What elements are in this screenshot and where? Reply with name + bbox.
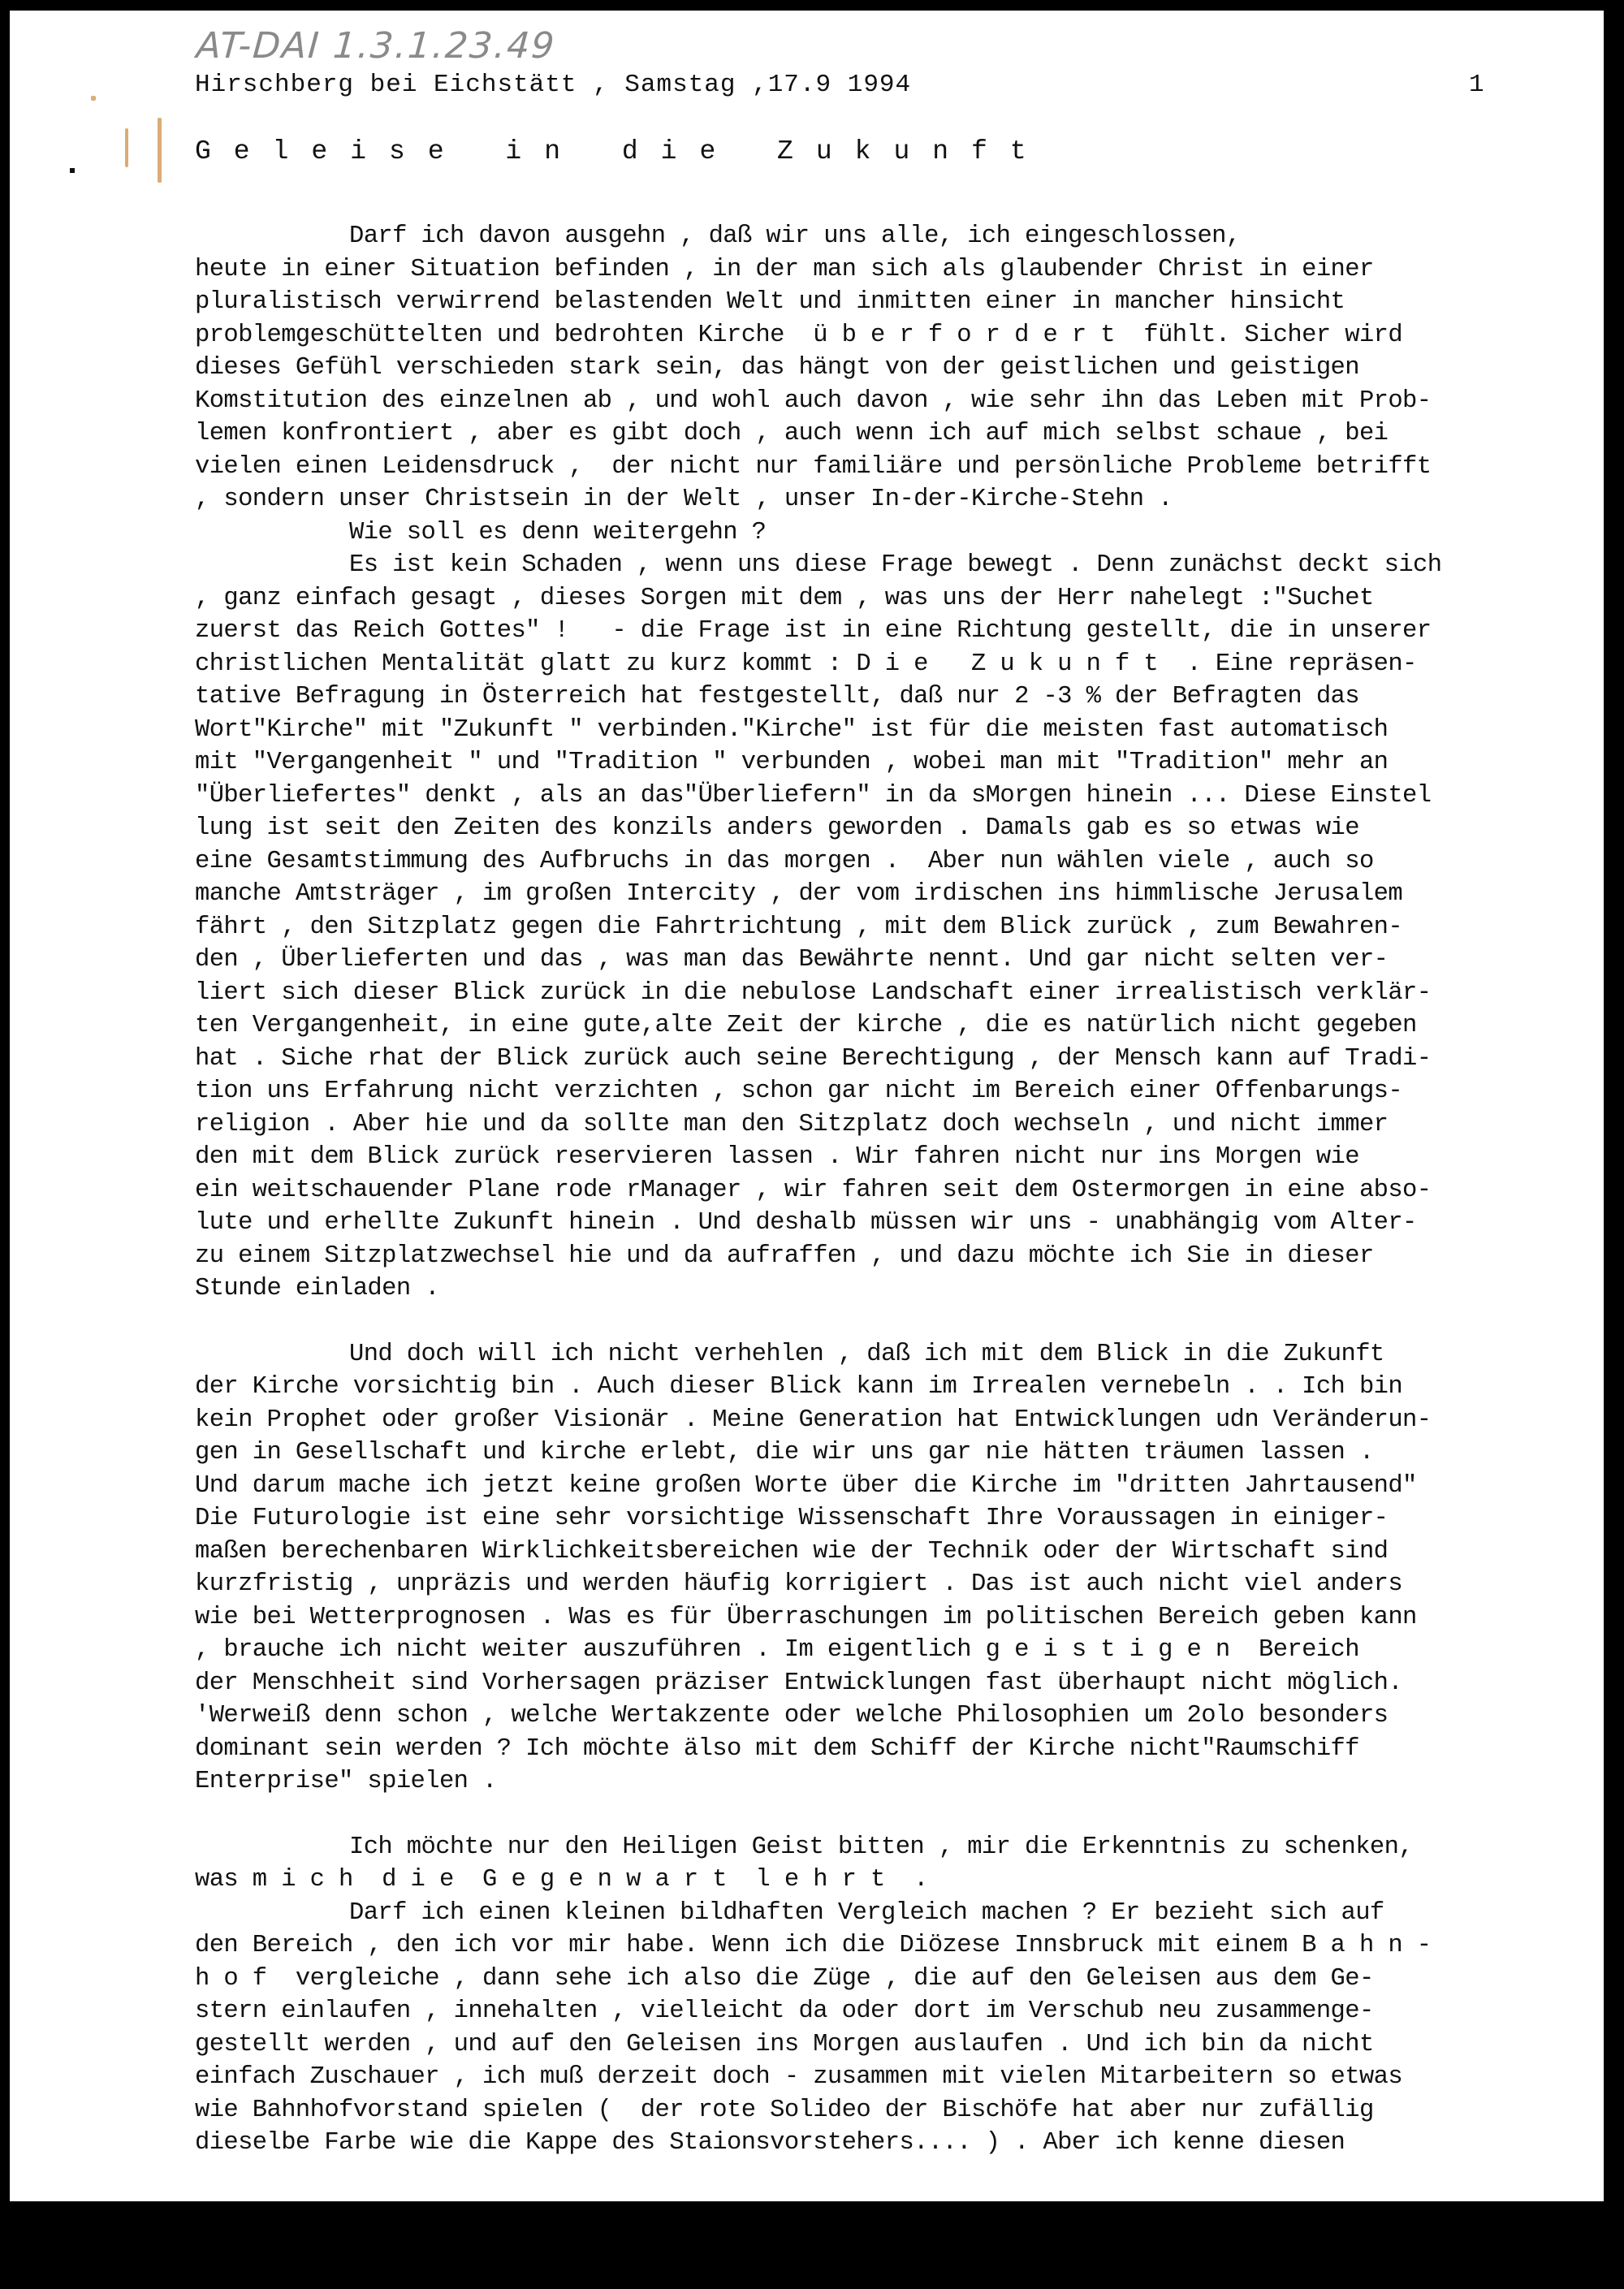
text-line: dieses Gefühl verschieden stark sein, da… — [195, 352, 1592, 385]
archive-signature: AT-DAI 1.3.1.23.49 — [195, 25, 557, 67]
text-line: hat . Siche rhat der Blick zurück auch s… — [195, 1043, 1592, 1076]
text-line: lemen konfrontiert , aber es gibt doch ,… — [195, 417, 1592, 451]
text-line: problemgeschüttelten und bedrohten Kirch… — [195, 319, 1592, 352]
text-line: h o f vergleiche , dann sehe ich also di… — [195, 1963, 1592, 1996]
document-page: AT-DAI 1.3.1.23.49 Hirschberg bei Eichst… — [10, 11, 1604, 2201]
document-body: Darf ich davon ausgehn , daß wir uns all… — [195, 220, 1592, 2160]
document-title: Geleise in die Zukunft — [195, 136, 1049, 166]
text-line: "Überliefertes" denkt , als an das"Überl… — [195, 780, 1592, 813]
text-line: zu einem Sitzplatzwechsel hie und da auf… — [195, 1240, 1592, 1273]
text-line: dieselbe Farbe wie die Kappe des Staions… — [195, 2127, 1592, 2160]
text-line: eine Gesamtstimmung des Aufbruchs in das… — [195, 845, 1592, 879]
place-date-line: Hirschberg bei Eichstätt , Samstag ,17.9… — [195, 71, 911, 99]
rust-stain-mark — [158, 118, 162, 183]
paragraph: Ich möchte nur den Heiligen Geist bitten… — [195, 1831, 1592, 2160]
text-line: Enterprise" spielen . — [195, 1765, 1592, 1799]
text-line: mit "Vergangenheit " und "Tradition " ve… — [195, 746, 1592, 780]
text-line: wie Bahnhofvorstand spielen ( der rote S… — [195, 2094, 1592, 2127]
text-line: gestellt werden , und auf den Geleisen i… — [195, 2028, 1592, 2062]
text-line: lute und erhellte Zukunft hinein . Und d… — [195, 1207, 1592, 1240]
text-line: heute in einer Situation befinden , in d… — [195, 253, 1592, 287]
text-line: gen in Gesellschaft und kirche erlebt, d… — [195, 1436, 1592, 1470]
text-line: wie bei Wetterprognosen . Was es für Übe… — [195, 1601, 1592, 1635]
text-line: tion uns Erfahrung nicht verzichten , sc… — [195, 1075, 1592, 1108]
text-line: pluralistisch verwirrend belastenden Wel… — [195, 286, 1592, 319]
text-line: stern einlaufen , innehalten , vielleich… — [195, 1995, 1592, 2028]
text-line: Wort"Kirche" mit "Zukunft " verbinden."K… — [195, 714, 1592, 747]
text-line: Darf ich davon ausgehn , daß wir uns all… — [195, 220, 1592, 253]
text-line: den , Überlieferten und das , was man da… — [195, 944, 1592, 977]
text-line: fährt , den Sitzplatz gegen die Fahrtric… — [195, 911, 1592, 944]
text-line: Und doch will ich nicht verhehlen , daß … — [195, 1338, 1592, 1371]
text-line: Ich möchte nur den Heiligen Geist bitten… — [195, 1831, 1592, 1864]
text-line: Darf ich einen kleinen bildhaften Vergle… — [195, 1897, 1592, 1930]
text-line: manche Amtsträger , im großen Intercity … — [195, 878, 1592, 911]
text-line: der Kirche vorsichtig bin . Auch dieser … — [195, 1371, 1592, 1404]
text-line: liert sich dieser Blick zurück in die ne… — [195, 977, 1592, 1010]
text-line: den mit dem Blick zurück reservieren las… — [195, 1141, 1592, 1174]
text-line: der Menschheit sind Vorhersagen präziser… — [195, 1667, 1592, 1700]
text-line: 'Werweiß denn schon , welche Wertakzente… — [195, 1699, 1592, 1733]
text-line: was m i c h d i e G e g e n w a r t l e … — [195, 1864, 1592, 1897]
text-line: Komstitution des einzelnen ab , und wohl… — [195, 385, 1592, 418]
text-line: Wie soll es denn weitergehn ? — [195, 516, 1592, 550]
text-line: kein Prophet oder großer Visionär . Mein… — [195, 1404, 1592, 1437]
paragraph-gap — [195, 1306, 1592, 1338]
rust-stain-mark — [125, 128, 128, 167]
text-line: vielen einen Leidensdruck , der nicht nu… — [195, 451, 1592, 484]
text-line: einfach Zuschauer , ich muß derzeit doch… — [195, 2061, 1592, 2094]
text-line: Und darum mache ich jetzt keine großen W… — [195, 1470, 1592, 1503]
text-line: zuerst das Reich Gottes" ! - die Frage i… — [195, 615, 1592, 648]
text-line: , ganz einfach gesagt , dieses Sorgen mi… — [195, 582, 1592, 615]
text-line: Stunde einladen . — [195, 1272, 1592, 1306]
text-line: dominant sein werden ? Ich möchte älso m… — [195, 1733, 1592, 1766]
text-line: kurzfristig , unpräzis und werden häufig… — [195, 1568, 1592, 1601]
text-line: Es ist kein Schaden , wenn uns diese Fra… — [195, 549, 1592, 582]
page-number: 1 — [1469, 71, 1484, 99]
text-line: christlichen Mentalität glatt zu kurz ko… — [195, 648, 1592, 681]
text-line: ten Vergangenheit, in eine gute,alte Zei… — [195, 1009, 1592, 1043]
text-line: ein weitschauender Plane rode rManager ,… — [195, 1174, 1592, 1207]
text-line: tative Befragung in Österreich hat festg… — [195, 680, 1592, 714]
text-line: lung ist seit den Zeiten des konzils and… — [195, 812, 1592, 845]
text-line: maßen berechenbaren Wirklichkeitsbereich… — [195, 1535, 1592, 1569]
text-line: Die Futurologie ist eine sehr vorsichtig… — [195, 1502, 1592, 1535]
paragraph: Und doch will ich nicht verhehlen , daß … — [195, 1338, 1592, 1799]
paragraph-gap — [195, 1799, 1592, 1831]
text-line: den Bereich , den ich vor mir habe. Wenn… — [195, 1929, 1592, 1963]
paragraph: Darf ich davon ausgehn , daß wir uns all… — [195, 220, 1592, 1306]
text-line: , brauche ich nicht weiter auszuführen .… — [195, 1634, 1592, 1667]
rust-stain-mark — [91, 96, 96, 101]
scan-speck — [70, 168, 75, 173]
text-line: , sondern unser Christsein in der Welt ,… — [195, 483, 1592, 516]
text-line: religion . Aber hie und da sollte man de… — [195, 1108, 1592, 1142]
